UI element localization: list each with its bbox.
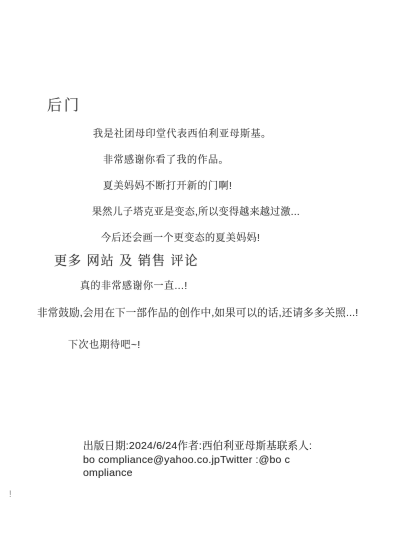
afterword-page: 后门 我是社团母印堂代表西伯利亚母斯基。 非常感谢你看了我的作品。 夏美妈妈不断… bbox=[0, 0, 400, 556]
closing-line: 真的非常感谢你一直...! bbox=[80, 277, 188, 292]
closing-line: 下次也期待吧~! bbox=[68, 336, 141, 351]
colophon-block: 出版日期:2024/6/24作者:西伯利亚母斯基联系人: bo complian… bbox=[83, 440, 323, 481]
colophon-publication-line: 出版日期:2024/6/24作者:西伯利亚母斯基联系人: bbox=[83, 440, 323, 454]
afterword-line: 今后还会画一个更变态的夏美妈妈! bbox=[101, 229, 260, 244]
page-title: 后门 bbox=[47, 94, 81, 115]
afterword-line: 果然儿子塔克亚是变态,所以变得越来越过激... bbox=[92, 203, 300, 218]
afterword-line: 夏美妈妈不断打开新的门啊! bbox=[103, 177, 232, 192]
afterword-line: 我是社团母印堂代表西伯利亚母斯基。 bbox=[93, 125, 272, 140]
section-heading: 更多 网站 及 销售 评论 bbox=[54, 250, 198, 269]
afterword-line: 非常感谢你看了我的作品。 bbox=[103, 151, 229, 166]
closing-line: 非常鼓励,会用在下一部作品的创作中,如果可以的话,还请多多关照...! bbox=[37, 305, 358, 320]
colophon-contact-line-wrap: ompliance bbox=[83, 467, 323, 481]
stray-scan-mark: ! bbox=[9, 489, 12, 499]
colophon-contact-line: bo compliance@yahoo.co.jpTwitter :@bo c bbox=[83, 454, 323, 468]
